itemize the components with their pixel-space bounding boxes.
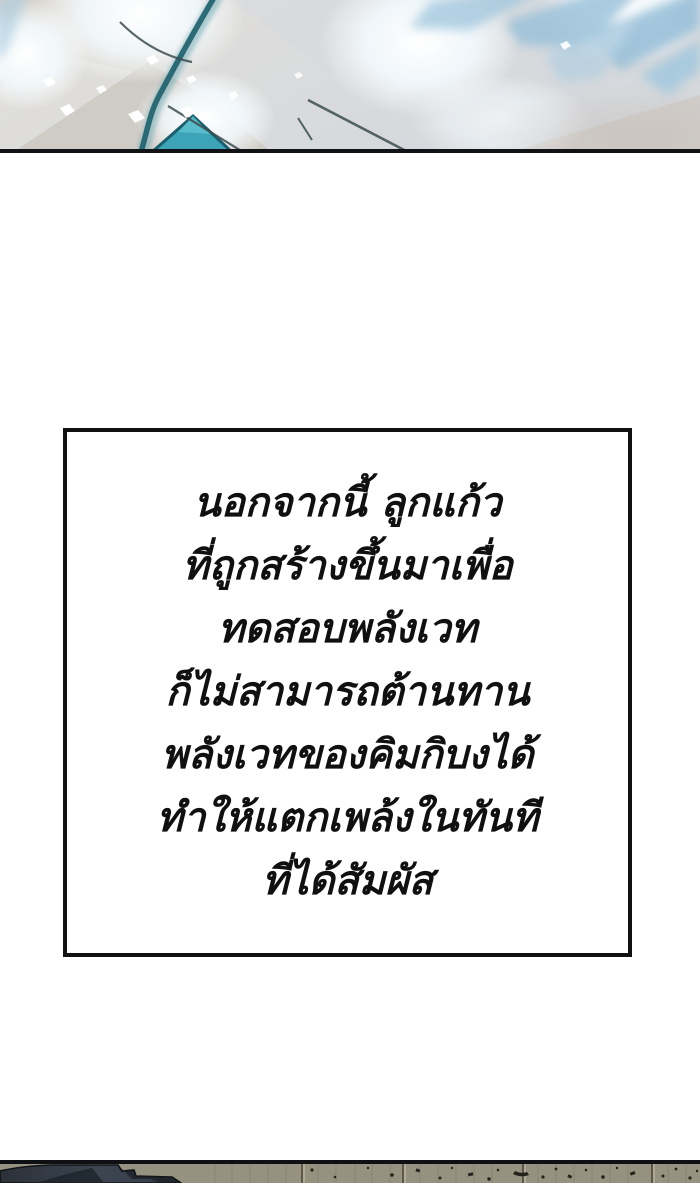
top-panel-art	[0, 0, 700, 149]
top-panel	[0, 0, 700, 153]
narration-line: ที่ได้สัมผัส	[262, 850, 433, 913]
narration-line: นอกจากนี้ ลูกแก้ว	[193, 472, 501, 535]
narration-line: พลังเวทของคิมกิบงได้	[161, 724, 533, 787]
webtoon-page: นอกจากนี้ ลูกแก้ว ที่ถูกสร้างขึ้นมาเพื่อ…	[0, 0, 700, 1183]
narration-line: ทดสอบพลังเวท	[218, 598, 477, 661]
narration-line: ที่ถูกสร้างขึ้นมาเพื่อ	[182, 535, 512, 598]
bottom-panel	[0, 1160, 700, 1183]
narration-line: ก็ไม่สามารถต้านทาน	[165, 661, 529, 724]
narration-line: ทำให้แตกเพล้งในทันที	[157, 787, 539, 850]
bottom-panel-art	[0, 1164, 700, 1183]
narration-box: นอกจากนี้ ลูกแก้ว ที่ถูกสร้างขึ้นมาเพื่อ…	[63, 428, 632, 957]
